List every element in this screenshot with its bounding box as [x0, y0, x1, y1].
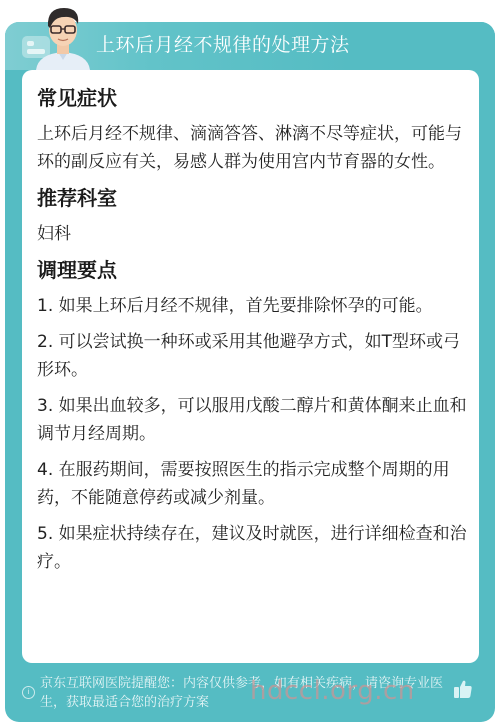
advice-item: 3. 如果出血较多，可以服用戊酸二醇片和黄体酮来止血和调节月经周期。 — [37, 392, 467, 448]
content-card: 常见症状 上环后月经不规律、滴滴答答、淋漓不尽等症状，可能与环的副反应有关，易感… — [22, 70, 479, 663]
symptoms-text: 上环后月经不规律、滴滴答答、淋漓不尽等症状，可能与环的副反应有关，易感人群为使用… — [37, 120, 467, 176]
advice-item: 5. 如果症状持续存在，建议及时就医，进行详细检查和治疗。 — [37, 520, 467, 576]
thumbs-up-icon[interactable] — [453, 679, 473, 699]
section-title-department: 推荐科室 — [37, 184, 467, 212]
section-title-symptoms: 常见症状 — [37, 84, 467, 112]
advice-item: 4. 在服药期间，需要按照医生的指示完成整个周期的用药，不能随意停药或减少剂量。 — [37, 456, 467, 512]
content-body: 常见症状 上环后月经不规律、滴滴答答、淋漓不尽等症状，可能与环的副反应有关，易感… — [37, 84, 467, 584]
advice-item: 1. 如果上环后月经不规律，首先要排除怀孕的可能。 — [37, 292, 467, 320]
doctor-avatar-icon — [28, 2, 98, 70]
page-title: 上环后月经不规律的处理方法 — [96, 32, 350, 58]
advice-item: 2. 可以尝试换一种环或采用其他避孕方式，如T型环或弓形环。 — [37, 328, 467, 384]
department-text: 妇科 — [37, 220, 467, 248]
info-icon: i — [22, 686, 35, 699]
section-title-advice: 调理要点 — [37, 256, 467, 284]
watermark: hdccl.org.cn — [250, 676, 415, 706]
